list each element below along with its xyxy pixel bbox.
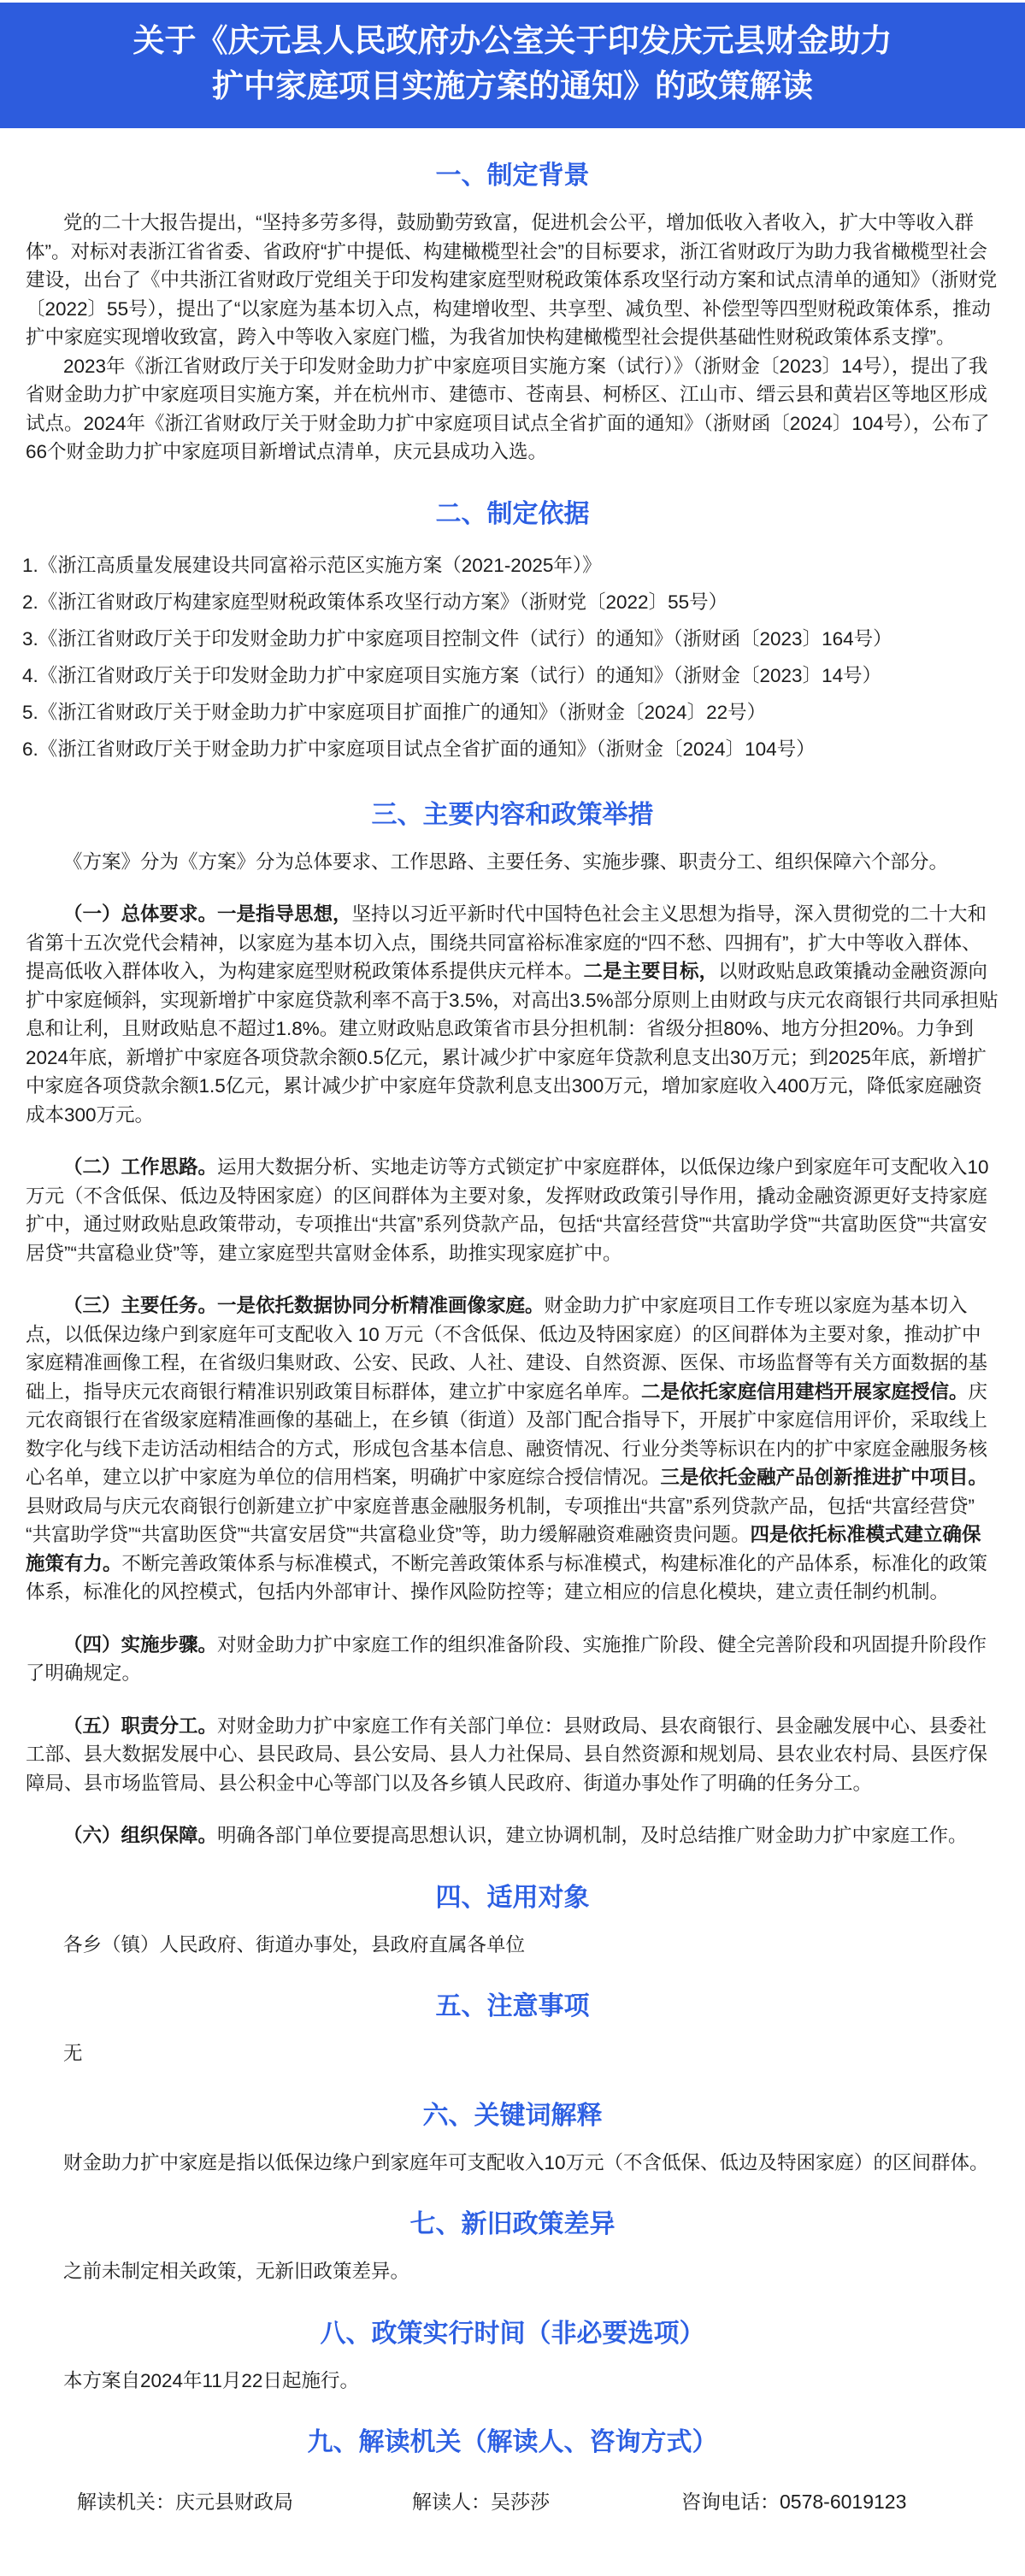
section-heading: 一、制定背景: [0, 154, 1025, 191]
paragraph: 2023年《浙江省财政厅关于印发财金助力扩中家庭项目实施方案（试行）》（浙财金〔…: [26, 352, 999, 467]
page-title-line1: 关于《庆元县人民政府办公室关于印发庆元县财金助力: [51, 19, 974, 64]
contact-person: 解读人：吴莎莎: [412, 2487, 681, 2516]
paragraph: （一）总体要求。一是指导思想，坚持以习近平新时代中国特色社会主义思想为指导，深入…: [26, 900, 999, 1129]
reference-item: 5.《浙江省财政厅关于财金助力扩中家庭项目扩面推广的通知》（浙财金〔2024〕2…: [22, 694, 999, 731]
paragraph: （五）职责分工。对财金助力扩中家庭工作有关部门单位：县财政局、县农商银行、县金融…: [26, 1712, 999, 1798]
contact-phone: 咨询电话：0578-6019123: [681, 2487, 999, 2516]
reference-item: 2.《浙江省财政厅构建家庭型财税政策体系攻坚行动方案》（浙财党〔2022〕55号…: [22, 584, 999, 620]
section-heading: 四、适用对象: [0, 1876, 1025, 1914]
paragraph: 财金助力扩中家庭是指以低保边缘户到家庭年可支配收入10万元（不含低保、低边及特困…: [26, 2149, 999, 2178]
paragraph-run: 明确各部门单位要提高思想认识，建立协调机制，及时总结推广财金助力扩中家庭工作。: [217, 1825, 968, 1846]
paragraph-bold-run: （四）实施步骤。: [63, 1634, 217, 1656]
document-body: 一、制定背景党的二十大报告提出，“坚持多劳多得，鼓励勤劳致富，促进机会公平，增加…: [0, 154, 1025, 2516]
paragraph: 本方案自2024年11月22日起施行。: [26, 2367, 999, 2396]
paragraph: （二）工作思路。运用大数据分析、实地走访等方式锁定扩中家庭群体，以低保边缘户到家…: [26, 1153, 999, 1267]
paragraph-bold-run: 三是依托金融产品创新推进扩中项目。: [661, 1467, 988, 1488]
paragraph-run: 本方案自2024年11月22日起施行。: [63, 2370, 359, 2391]
paragraph-bold-run: （五）职责分工。: [63, 1715, 217, 1737]
section-heading: 九、解读机关（解读人、咨询方式）: [0, 2420, 1025, 2458]
paragraph-run: 党的二十大报告提出，“坚持多劳多得，鼓励勤劳致富，促进机会公平，增加低收入者收入…: [26, 212, 997, 348]
page-title-line2: 扩中家庭项目实施方案的通知》的政策解读: [51, 64, 974, 109]
paragraph: 《方案》分为《方案》分为总体要求、工作思路、主要任务、实施步骤、职责分工、组织保…: [26, 848, 999, 877]
paragraph-bold-run: （一）总体要求。一是指导思想，: [63, 903, 352, 925]
paragraph-run: 《方案》分为《方案》分为总体要求、工作思路、主要任务、实施步骤、职责分工、组织保…: [63, 851, 948, 873]
paragraph: 之前未制定相关政策，无新旧政策差异。: [26, 2257, 999, 2286]
paragraph-run: 不断完善政策体系与标准模式，不断完善政策体系与标准模式，构建标准化的产品体系，标…: [26, 1553, 987, 1603]
section-heading: 六、关键词解释: [0, 2094, 1025, 2132]
contact-row: 解读机关：庆元县财政局解读人：吴莎莎咨询电话：0578-6019123: [77, 2487, 999, 2516]
contact-agency: 解读机关：庆元县财政局: [77, 2487, 412, 2516]
reference-item: 4.《浙江省财政厅关于印发财金助力扩中家庭项目实施方案（试行）的通知》（浙财金〔…: [22, 657, 999, 694]
paragraph-bold-run: 二是依托家庭信用建档开展家庭授信。: [641, 1381, 969, 1403]
paragraph-bold-run: （六）组织保障。: [63, 1825, 217, 1846]
section-heading: 八、政策实行时间（非必要选项）: [0, 2312, 1025, 2350]
policy-interpretation-page: { "colors": { "banner_bg": "#2d5cdd", "a…: [0, 0, 1025, 2576]
paragraph: 各乡（镇）人民政府、街道办事处，县政府直属各单位: [26, 1931, 999, 1960]
paragraph-run: 财金助力扩中家庭是指以低保边缘户到家庭年可支配收入10万元（不含低保、低边及特困…: [63, 2152, 989, 2173]
paragraph: （三）主要任务。一是依托数据协同分析精准画像家庭。财金助力扩中家庭项目工作专班以…: [26, 1291, 999, 1607]
reference-item: 1.《浙江高质量发展建设共同富裕示范区实施方案（2021-2025年）》: [22, 547, 999, 584]
section-heading: 二、制定依据: [0, 492, 1025, 530]
paragraph-bold-run: 二是主要目标，: [584, 961, 719, 982]
paragraph: （六）组织保障。明确各部门单位要提高思想认识，建立协调机制，及时总结推广财金助力…: [26, 1821, 999, 1850]
reference-item: 6.《浙江省财政厅关于财金助力扩中家庭项目试点全省扩面的通知》（浙财金〔2024…: [22, 731, 999, 768]
section-heading: 三、主要内容和政策举措: [0, 793, 1025, 831]
paragraph-run: 2023年《浙江省财政厅关于印发财金助力扩中家庭项目实施方案（试行）》（浙财金〔…: [26, 356, 990, 463]
paragraph: （四）实施步骤。对财金助力扩中家庭工作的组织准备阶段、实施推广阶段、健全完善阶段…: [26, 1631, 999, 1688]
reference-list: 1.《浙江高质量发展建设共同富裕示范区实施方案（2021-2025年）》2.《浙…: [22, 547, 999, 768]
section-heading: 七、新旧政策差异: [0, 2203, 1025, 2240]
paragraph-run: 无: [63, 2043, 83, 2064]
paragraph-bold-run: （三）主要任务。一是依托数据协同分析精准画像家庭。: [63, 1295, 545, 1316]
reference-item: 3.《浙江省财政厅关于印发财金助力扩中家庭项目控制文件（试行）的通知》（浙财函〔…: [22, 620, 999, 657]
paragraph: 无: [26, 2039, 999, 2068]
paragraph-bold-run: （二）工作思路。: [63, 1156, 217, 1178]
title-banner: 关于《庆元县人民政府办公室关于印发庆元县财金助力 扩中家庭项目实施方案的通知》的…: [0, 3, 1025, 128]
paragraph-run: 各乡（镇）人民政府、街道办事处，县政府直属各单位: [63, 1934, 525, 1956]
paragraph-run: 以财政贴息政策撬动金融资源向扩中家庭倾斜，实现新增扩中家庭贷款利率不高于3.5%…: [26, 961, 998, 1126]
paragraph: 党的二十大报告提出，“坚持多劳多得，鼓励勤劳致富，促进机会公平，增加低收入者收入…: [26, 209, 999, 352]
paragraph-run: 之前未制定相关政策，无新旧政策差异。: [63, 2261, 409, 2282]
section-heading: 五、注意事项: [0, 1985, 1025, 2022]
